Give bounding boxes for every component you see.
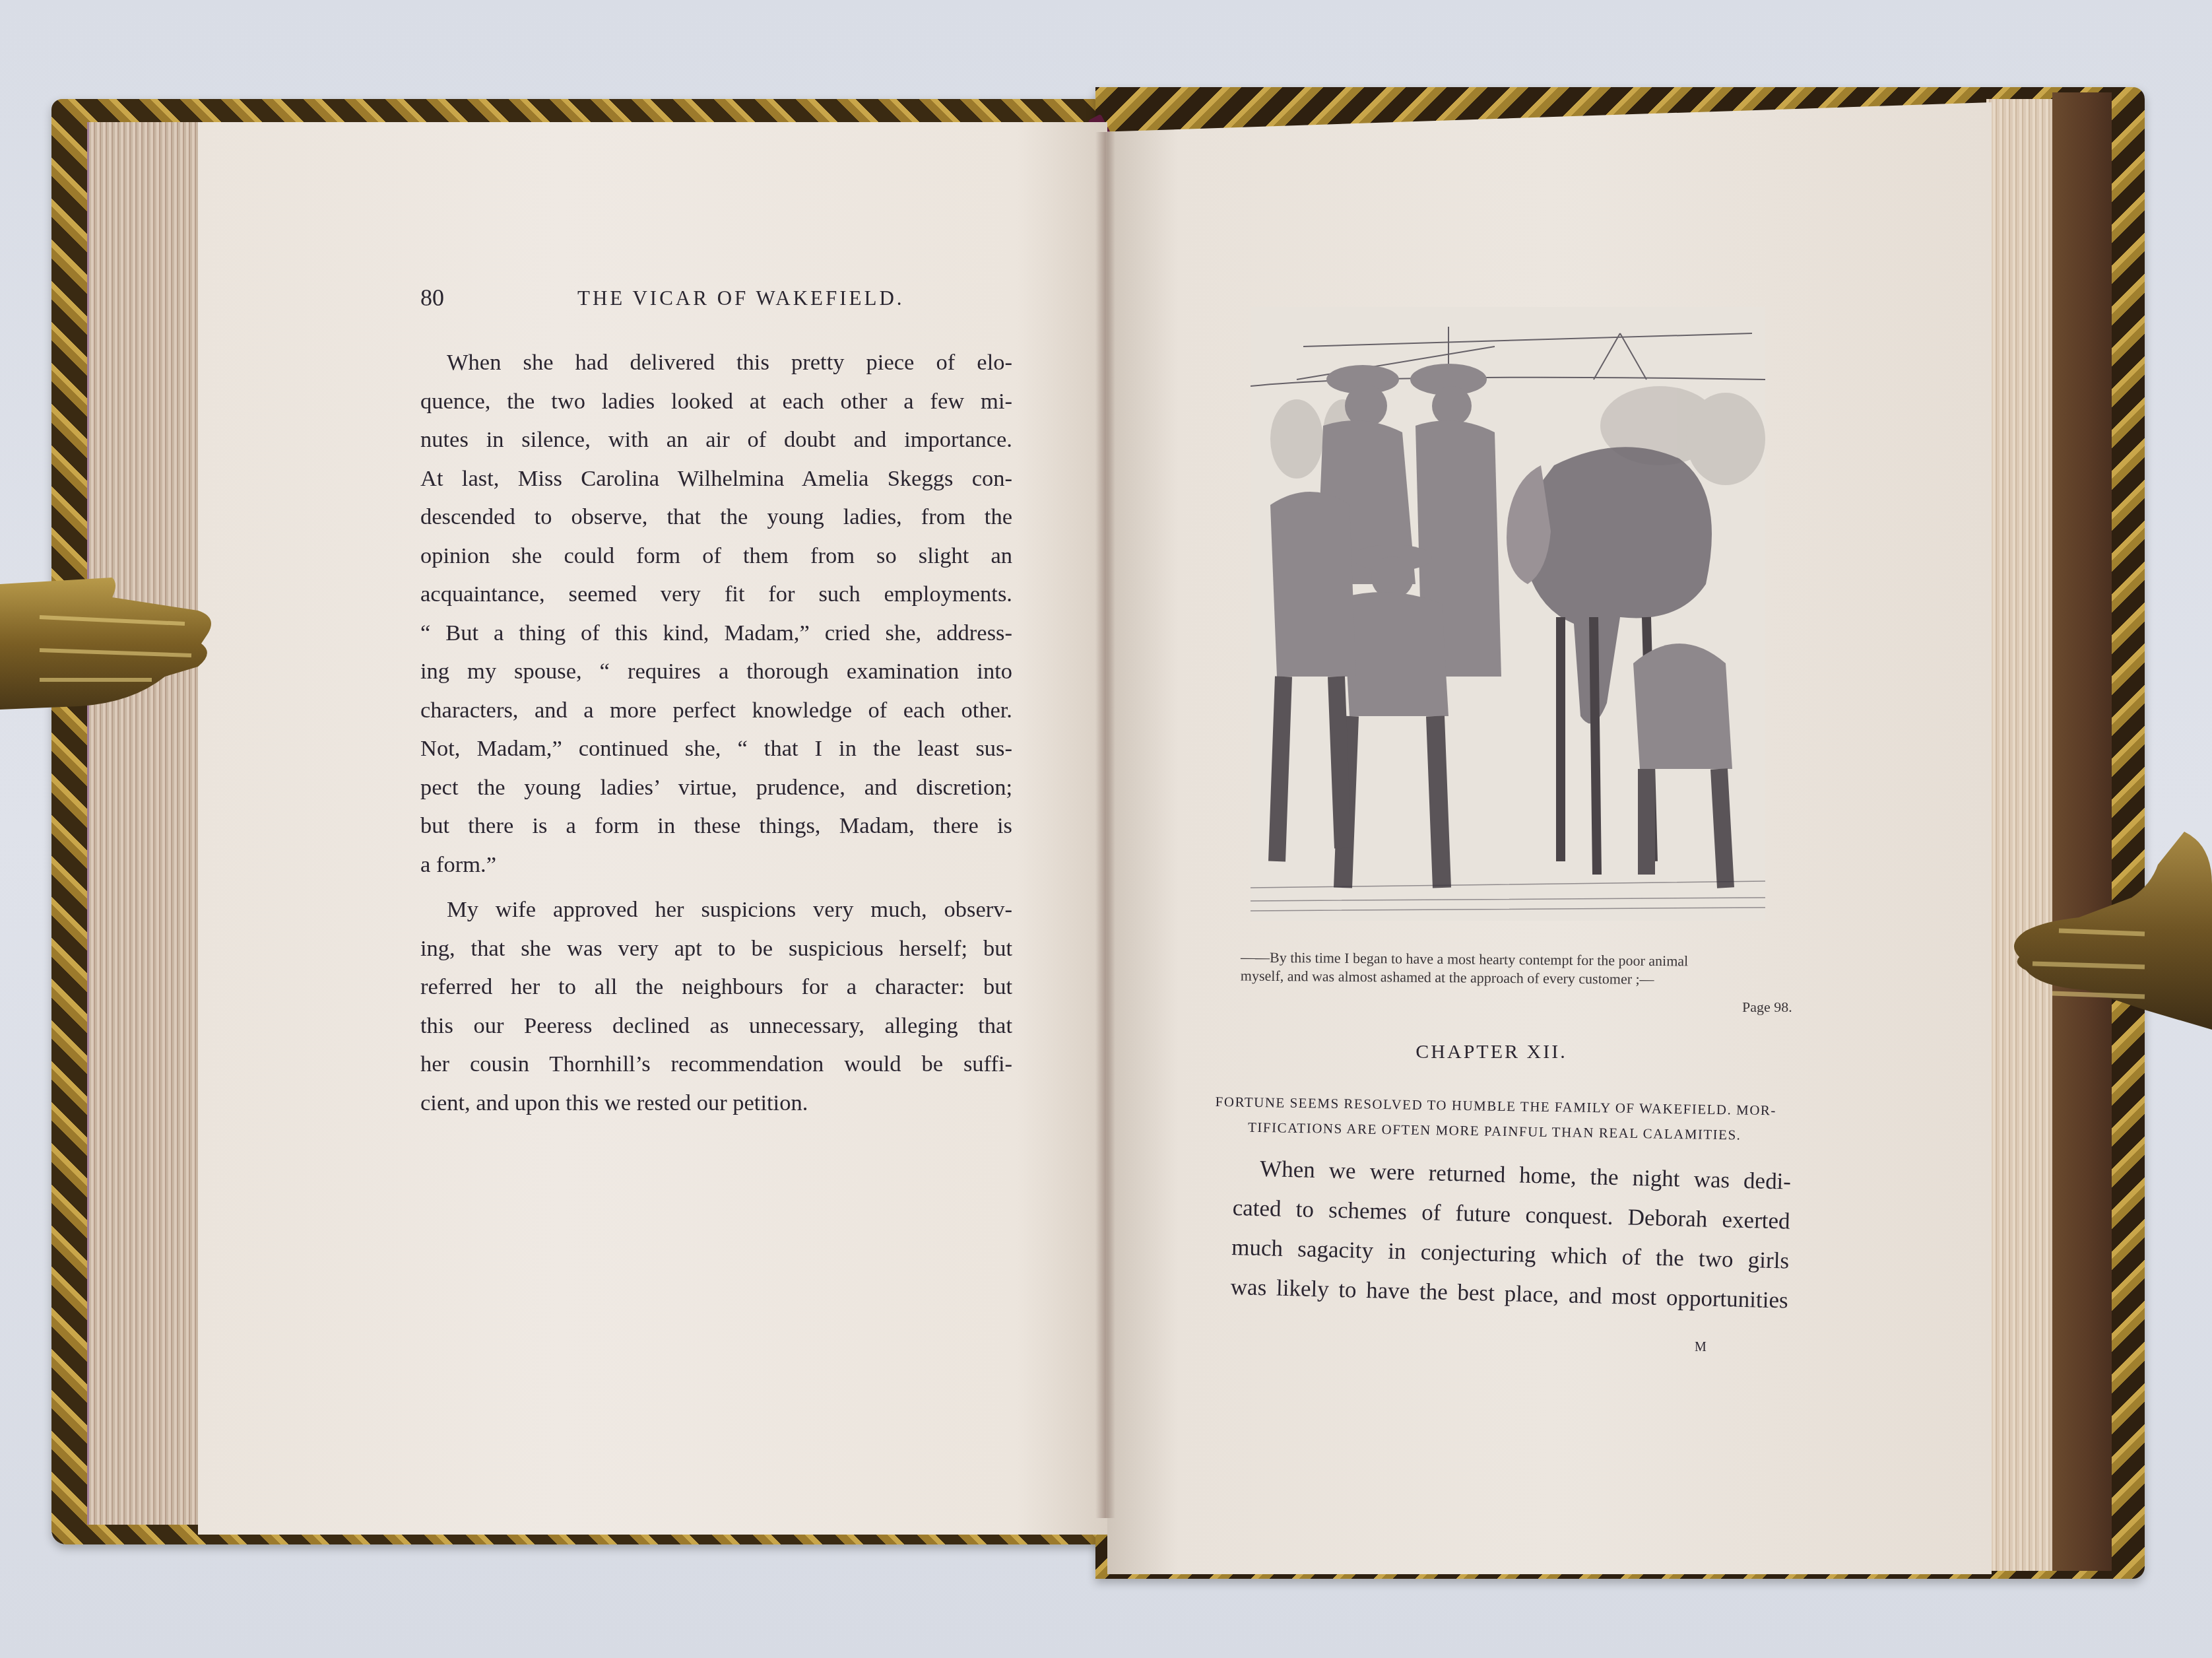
text-line: At last, Miss Carolina Wilhelmina Amelia…: [420, 459, 1012, 498]
text-line: characters, and a more perfect knowledge…: [420, 691, 1012, 730]
text-line: this our Peeress declined as unnecessary…: [420, 1007, 1012, 1045]
illustration-caption: ——By this time I began to have a most he…: [1241, 948, 1769, 990]
book-gutter: [1095, 132, 1115, 1518]
brass-hand-holder-right: [1986, 792, 2212, 1049]
text-line: nutes in silence, with an air of doubt a…: [420, 420, 1012, 459]
text-line: Not, Madam,” continued she, “ that I in …: [420, 729, 1012, 768]
text-line: pect the young ladies’ virtue, prudence,…: [420, 768, 1012, 807]
text-line: quence, the two ladies looked at each ot…: [420, 382, 1012, 421]
text-line: opinion she could form of them from so s…: [420, 537, 1012, 576]
brass-hand-icon: [1986, 792, 2212, 1049]
text-line: a form.”: [420, 846, 1012, 884]
signature-mark: M: [1695, 1340, 1707, 1355]
running-head: 80 THE VICAR OF WAKEFIELD.: [420, 284, 1014, 317]
text-line: descended to observe, that the young lad…: [420, 498, 1012, 537]
chapter-summary: FORTUNE SEEMS RESOLVED TO HUMBLE THE FAM…: [1215, 1089, 1809, 1148]
right-page-body: When we were returned home, the night wa…: [1230, 1148, 1792, 1321]
text-line: My wife approved her suspicions very muc…: [420, 890, 1012, 929]
text-line: cient, and upon this we rested our petit…: [420, 1084, 1012, 1123]
caption-page-reference: Page 98.: [1742, 999, 1792, 1016]
text-line: When she had delivered this pretty piece…: [420, 343, 1012, 382]
running-head-title: THE VICAR OF WAKEFIELD.: [577, 286, 905, 310]
text-line: ing my spouse, “ requires a thorough exa…: [420, 652, 1012, 691]
page-number: 80: [420, 284, 444, 312]
text-line: referred her to all the neighbours for a…: [420, 968, 1012, 1007]
engraving-illustration: [1251, 307, 1765, 921]
chapter-heading: CHAPTER XII.: [1320, 1041, 1663, 1063]
text-line: ing, that she was very apt to be suspici…: [420, 929, 1012, 968]
text-line: acquaintance, seemed very fit for such e…: [420, 575, 1012, 614]
text-line: “ But a thing of this kind, Madam,” crie…: [420, 614, 1012, 653]
brass-hand-holder-left: [0, 545, 218, 723]
left-page-body: When she had delivered this pretty piece…: [420, 343, 1012, 1122]
brass-hand-icon: [0, 545, 218, 723]
text-line: her cousin Thornhill’s recommendation wo…: [420, 1045, 1012, 1084]
horse-fair-engraving-image: [1251, 307, 1765, 921]
text-line: but there is a form in these things, Mad…: [420, 807, 1012, 846]
